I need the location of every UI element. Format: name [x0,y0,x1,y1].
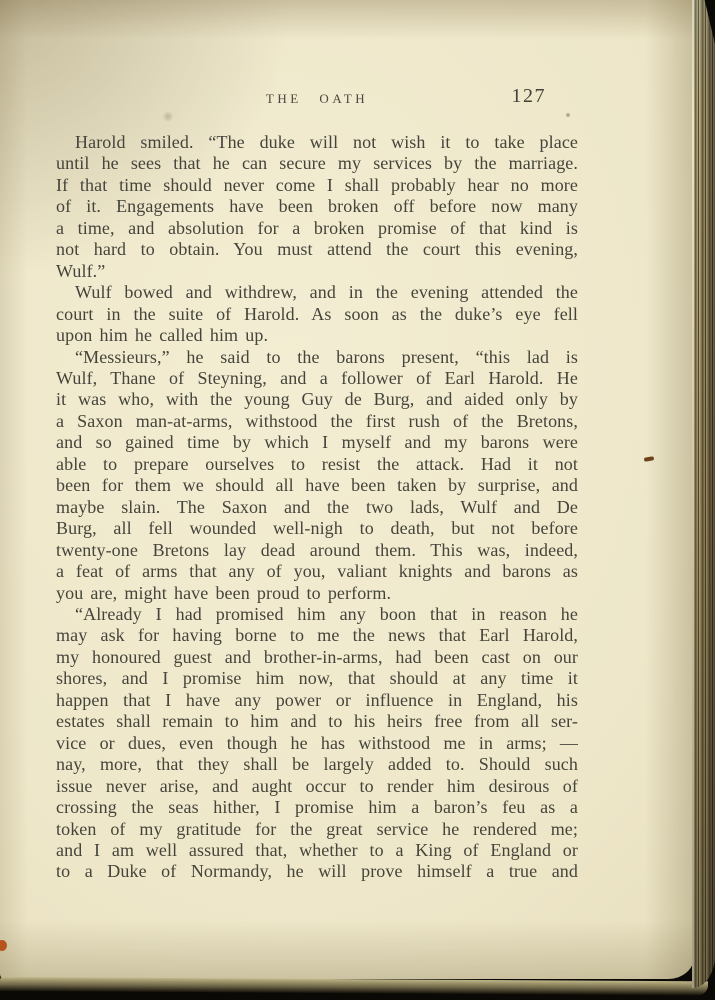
text-line: and I am well assured that, whether to a… [56,840,578,861]
paper-dot [566,113,570,117]
text-line: If that time should never come I shall p… [56,175,578,196]
text-line: vice or dues, even though he has withsto… [56,733,578,754]
text-line: not hard to obtain. You must attend the … [56,239,578,260]
text-line: crossing the seas hither, I promise him … [56,797,578,818]
text-line: twenty-one Bretons lay dead around them.… [56,540,578,561]
text-block: Harold smiled. “The duke will not wish i… [56,132,578,883]
book-scan: THE OATH 127 Harold smiled. “The duke wi… [0,0,715,1000]
text-line: maybe slain. The Saxon and the two lads,… [56,497,578,518]
text-line: a feat of arms that any of you, valiant … [56,561,578,582]
text-line: to a Duke of Normandy, he will prove him… [56,861,578,882]
text-line: able to prepare ourselves to resist the … [56,454,578,475]
text-line: may ask for having borne to me the news … [56,625,578,646]
text-line: “Already I had promised him any boon tha… [56,604,578,625]
text-line: upon him he called him up. [56,325,578,346]
text-line: Wulf, Thane of Steyning, and a follower … [56,368,578,389]
book-bottom-page-edges [0,977,708,995]
text-line: token of my gratitude for the great serv… [56,819,578,840]
text-line: issue never arise, and aught occur to re… [56,776,578,797]
text-line: Burg, all fell wounded well-nigh to deat… [56,518,578,539]
text-line: been for them we should all have been ta… [56,475,578,496]
text-line: you are, might have been proud to perfor… [56,583,578,604]
text-line: happen that I have any power or influenc… [56,690,578,711]
text-line: of it. Engagements have been broken off … [56,196,578,217]
text-line: estates shall remain to him and to his h… [56,711,578,732]
text-line: shores, and I promise him now, that shou… [56,668,578,689]
text-line: it was who, with the young Guy de Burg, … [56,389,578,410]
paper-smudge [162,111,174,122]
text-line: Wulf bowed and withdrew, and in the even… [56,282,578,303]
text-line: a Saxon man-at-arms, withstood the first… [56,411,578,432]
text-line: court in the suite of Harold. As soon as… [56,304,578,325]
text-line: nay, more, that they shall be largely ad… [56,754,578,775]
text-line: my honoured guest and brother-in-arms, h… [56,647,578,668]
text-line: “Messieurs,” he said to the barons prese… [56,347,578,368]
text-line: and so gained time by which I myself and… [56,432,578,453]
text-line: Wulf.” [56,261,578,282]
text-line: a time, and absolution for a broken prom… [56,218,578,239]
running-title: THE OATH [56,91,578,107]
text-line: Harold smiled. “The duke will not wish i… [56,132,578,153]
text-line: until he sees that he can secure my serv… [56,153,578,174]
page-number: 127 [512,85,547,108]
book-fore-edge-pages [692,0,715,988]
